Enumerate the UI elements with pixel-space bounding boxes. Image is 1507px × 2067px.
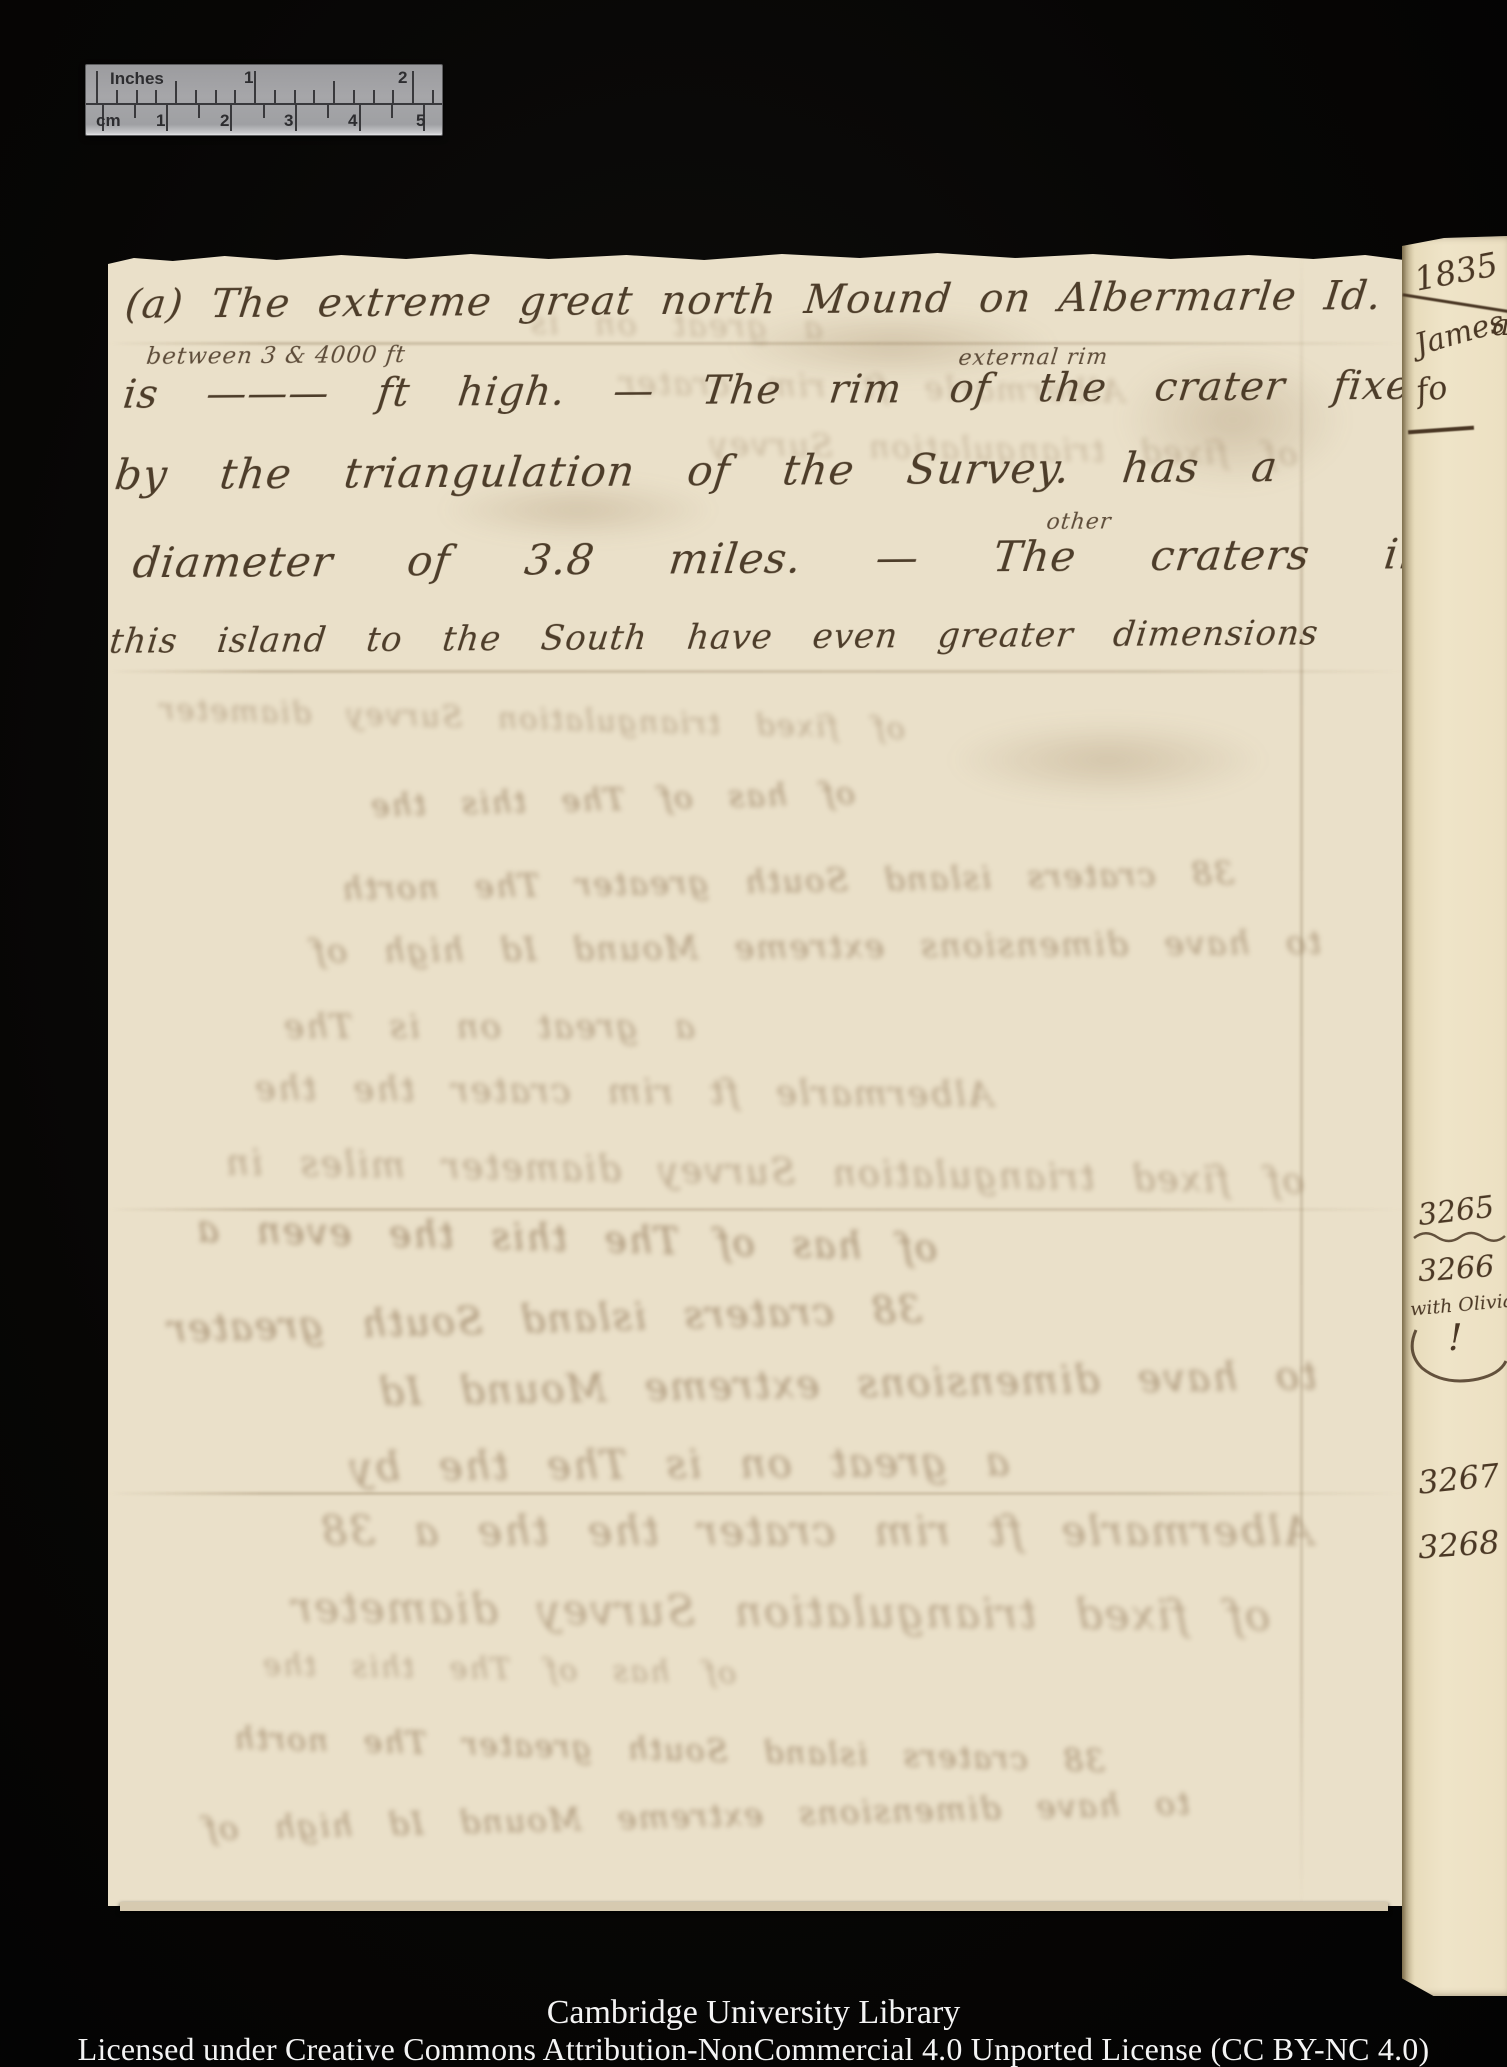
manuscript-line-5: this island to the South have even great… bbox=[108, 614, 1321, 662]
interlinear-insertion: between 3 & 4000 ft bbox=[145, 342, 407, 370]
measurement-ruler: Inches 1 2 cm 1 2 3 4 5 bbox=[85, 64, 443, 136]
cm-number-5: 5 bbox=[416, 111, 425, 131]
interlinear-insertion: other bbox=[1045, 510, 1113, 535]
manuscript-page: of fixed triangulation Survey diameterof… bbox=[108, 250, 1404, 1906]
interlinear-insertion: external rim bbox=[957, 345, 1110, 371]
cm-number-1: 1 bbox=[156, 111, 165, 131]
paper-crease bbox=[108, 670, 1404, 673]
underlying-page-edge bbox=[120, 1902, 1388, 1911]
ink-flourishes bbox=[1402, 236, 1507, 1996]
cm-number-4: 4 bbox=[348, 111, 357, 131]
ink-stain bbox=[948, 720, 1268, 800]
inch-number-1: 1 bbox=[244, 68, 253, 88]
adjacent-page-edge: 1835 James a fo 3265 3266 with Olivia ! … bbox=[1402, 236, 1507, 1996]
attribution-footer: Cambridge University Library Licensed un… bbox=[0, 1995, 1507, 2067]
manuscript-line-2: is ——— ft high. — The rim of the crater … bbox=[121, 363, 1404, 418]
manuscript-line-1: (a) The extreme great north Mound on Alb… bbox=[123, 273, 1385, 328]
paper-crease bbox=[108, 1492, 1404, 1495]
manuscript-line-4: diameter of 3.8 miles. — The craters in bbox=[130, 529, 1404, 587]
manuscript-line-3: by the triangulation of the Survey. has … bbox=[112, 442, 1280, 499]
scanned-manuscript-photo: Inches 1 2 cm 1 2 3 4 5 of fixed triangu… bbox=[0, 0, 1507, 2067]
license-text: Licensed under Creative Commons Attribut… bbox=[0, 2031, 1507, 2067]
cm-number-2: 2 bbox=[220, 111, 229, 131]
library-name: Cambridge University Library bbox=[0, 1995, 1507, 2031]
inches-label: Inches bbox=[110, 69, 164, 89]
paper-fold bbox=[1300, 250, 1303, 1906]
cm-label: cm bbox=[96, 111, 121, 131]
inch-number-2: 2 bbox=[398, 68, 407, 88]
cm-scale bbox=[86, 105, 442, 135]
cm-number-3: 3 bbox=[284, 111, 293, 131]
